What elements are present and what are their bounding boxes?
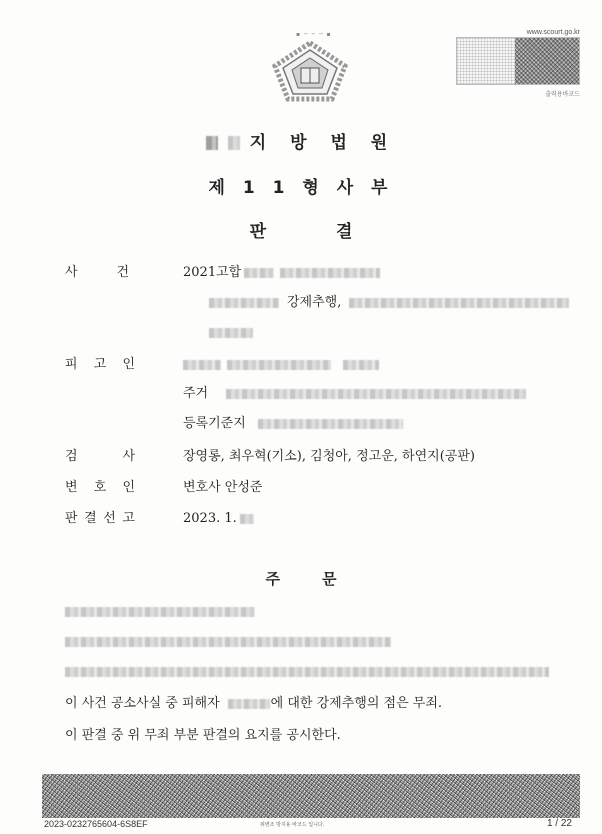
charge-text: 강제추행, — [287, 295, 341, 310]
ruling-title-char: 문 — [322, 568, 337, 589]
sentencing-date: 2023. 1. — [183, 511, 254, 527]
acquittal-text-prefix: 이 사건 공소사실 중 피해자 — [65, 696, 220, 711]
label-char: 판 — [65, 511, 78, 527]
acquittal-text-suffix: 에 대한 강제추행의 점은 무죄. — [271, 696, 442, 711]
label-char: 건 — [116, 265, 129, 281]
registered-domicile-label: 등록기준지 — [183, 416, 246, 431]
redacted — [227, 360, 331, 370]
label-char: 고 — [94, 357, 107, 373]
residence: 주거 — [183, 386, 526, 402]
redacted — [280, 268, 380, 278]
doc-title-char: 판 — [250, 217, 266, 242]
ruling-publication-line: 이 판결 중 위 무죄 부분 판결의 요지를 공시한다. — [65, 724, 341, 743]
label-char: 사 — [65, 265, 78, 281]
redacted — [65, 637, 391, 647]
redacted — [226, 389, 526, 399]
document-id: 2023-0232765604-6S8EF — [44, 819, 148, 829]
label-char: 고 — [122, 511, 135, 527]
case-number-text: 2021고합 — [183, 265, 241, 280]
label-char: 결 — [84, 511, 97, 527]
barcode-note: 위변조 방지용 바코드 입니다. — [260, 821, 324, 828]
redacted — [343, 360, 379, 370]
prosecutor-names: 장영롱, 최우혁(기소), 김청아, 정고운, 하연지(공판) — [183, 449, 475, 465]
redacted — [244, 268, 274, 278]
verification-barcode — [456, 37, 580, 85]
label-char: 변 — [65, 480, 78, 496]
ruling-title: 주문 — [0, 568, 602, 589]
label-char: 선 — [103, 511, 116, 527]
redacted — [65, 667, 549, 677]
defense-counsel-name: 변호사 안성준 — [183, 480, 262, 496]
defense-counsel-label: 변 호 인 — [65, 480, 135, 496]
residence-label: 주거 — [183, 386, 208, 401]
verification-code-block: www.scourt.go.kr 출력용바코드 — [456, 29, 580, 98]
doc-title-char: 결 — [336, 217, 352, 242]
redacted — [349, 298, 569, 308]
prosecutor-label: 검 사 — [65, 449, 135, 465]
label-char: 인 — [122, 357, 135, 373]
case-number: 2021고합 — [183, 265, 380, 281]
label-char: 검 — [65, 449, 78, 465]
case-label: 사 건 — [65, 265, 129, 281]
barcode-left-pattern — [457, 38, 515, 84]
anti-forgery-barcode — [42, 774, 580, 818]
document-title: 판결 — [0, 217, 602, 242]
defendant-label: 피 고 인 — [65, 357, 135, 373]
barcode-label: 출력용바코드 — [456, 89, 580, 98]
label-char: 피 — [65, 357, 78, 373]
ruling-redacted-line-2 — [65, 634, 391, 649]
scourt-url: www.scourt.go.kr — [456, 29, 580, 36]
redacted — [209, 298, 279, 308]
case-charges: 강제추행, — [209, 295, 569, 311]
registered-domicile: 등록기준지 — [183, 416, 403, 432]
label-char: 호 — [94, 480, 107, 496]
sentencing-date-text: 2023. 1. — [183, 511, 237, 526]
ruling-redacted-line-3 — [65, 664, 549, 679]
page-number: 1 / 22 — [547, 818, 572, 829]
judgment-page: ▪ ─ ─ ─ ▪ www.scourt.go.kr 출력용바코드 지 방 법 … — [0, 0, 602, 834]
court-seal-icon — [272, 40, 348, 102]
sentencing-label: 판 결 선 고 — [65, 511, 135, 527]
ruling-redacted-line-1 — [65, 604, 255, 619]
seal-mark: ▪ ─ ─ ─ ▪ — [296, 31, 332, 38]
barcode-right-pattern — [515, 38, 579, 84]
redacted — [183, 360, 221, 370]
division-name: 제 1 1 형 사 부 — [0, 173, 602, 198]
ruling-acquittal-line: 이 사건 공소사실 중 피해자에 대한 강제추행의 점은 무죄. — [65, 692, 442, 711]
redacted-court-region — [228, 136, 240, 150]
redacted-victim-name — [228, 699, 270, 709]
redacted-court-region — [206, 136, 218, 150]
redacted — [209, 328, 253, 338]
court-name-suffix: 지 방 법 원 — [250, 133, 396, 153]
redacted — [240, 514, 254, 524]
defendant-name — [183, 357, 379, 373]
label-char: 사 — [122, 449, 135, 465]
ruling-title-char: 주 — [266, 568, 281, 589]
court-name: 지 방 법 원 — [0, 128, 602, 153]
label-char: 인 — [122, 480, 135, 496]
redacted — [258, 419, 403, 429]
redacted — [65, 607, 255, 617]
